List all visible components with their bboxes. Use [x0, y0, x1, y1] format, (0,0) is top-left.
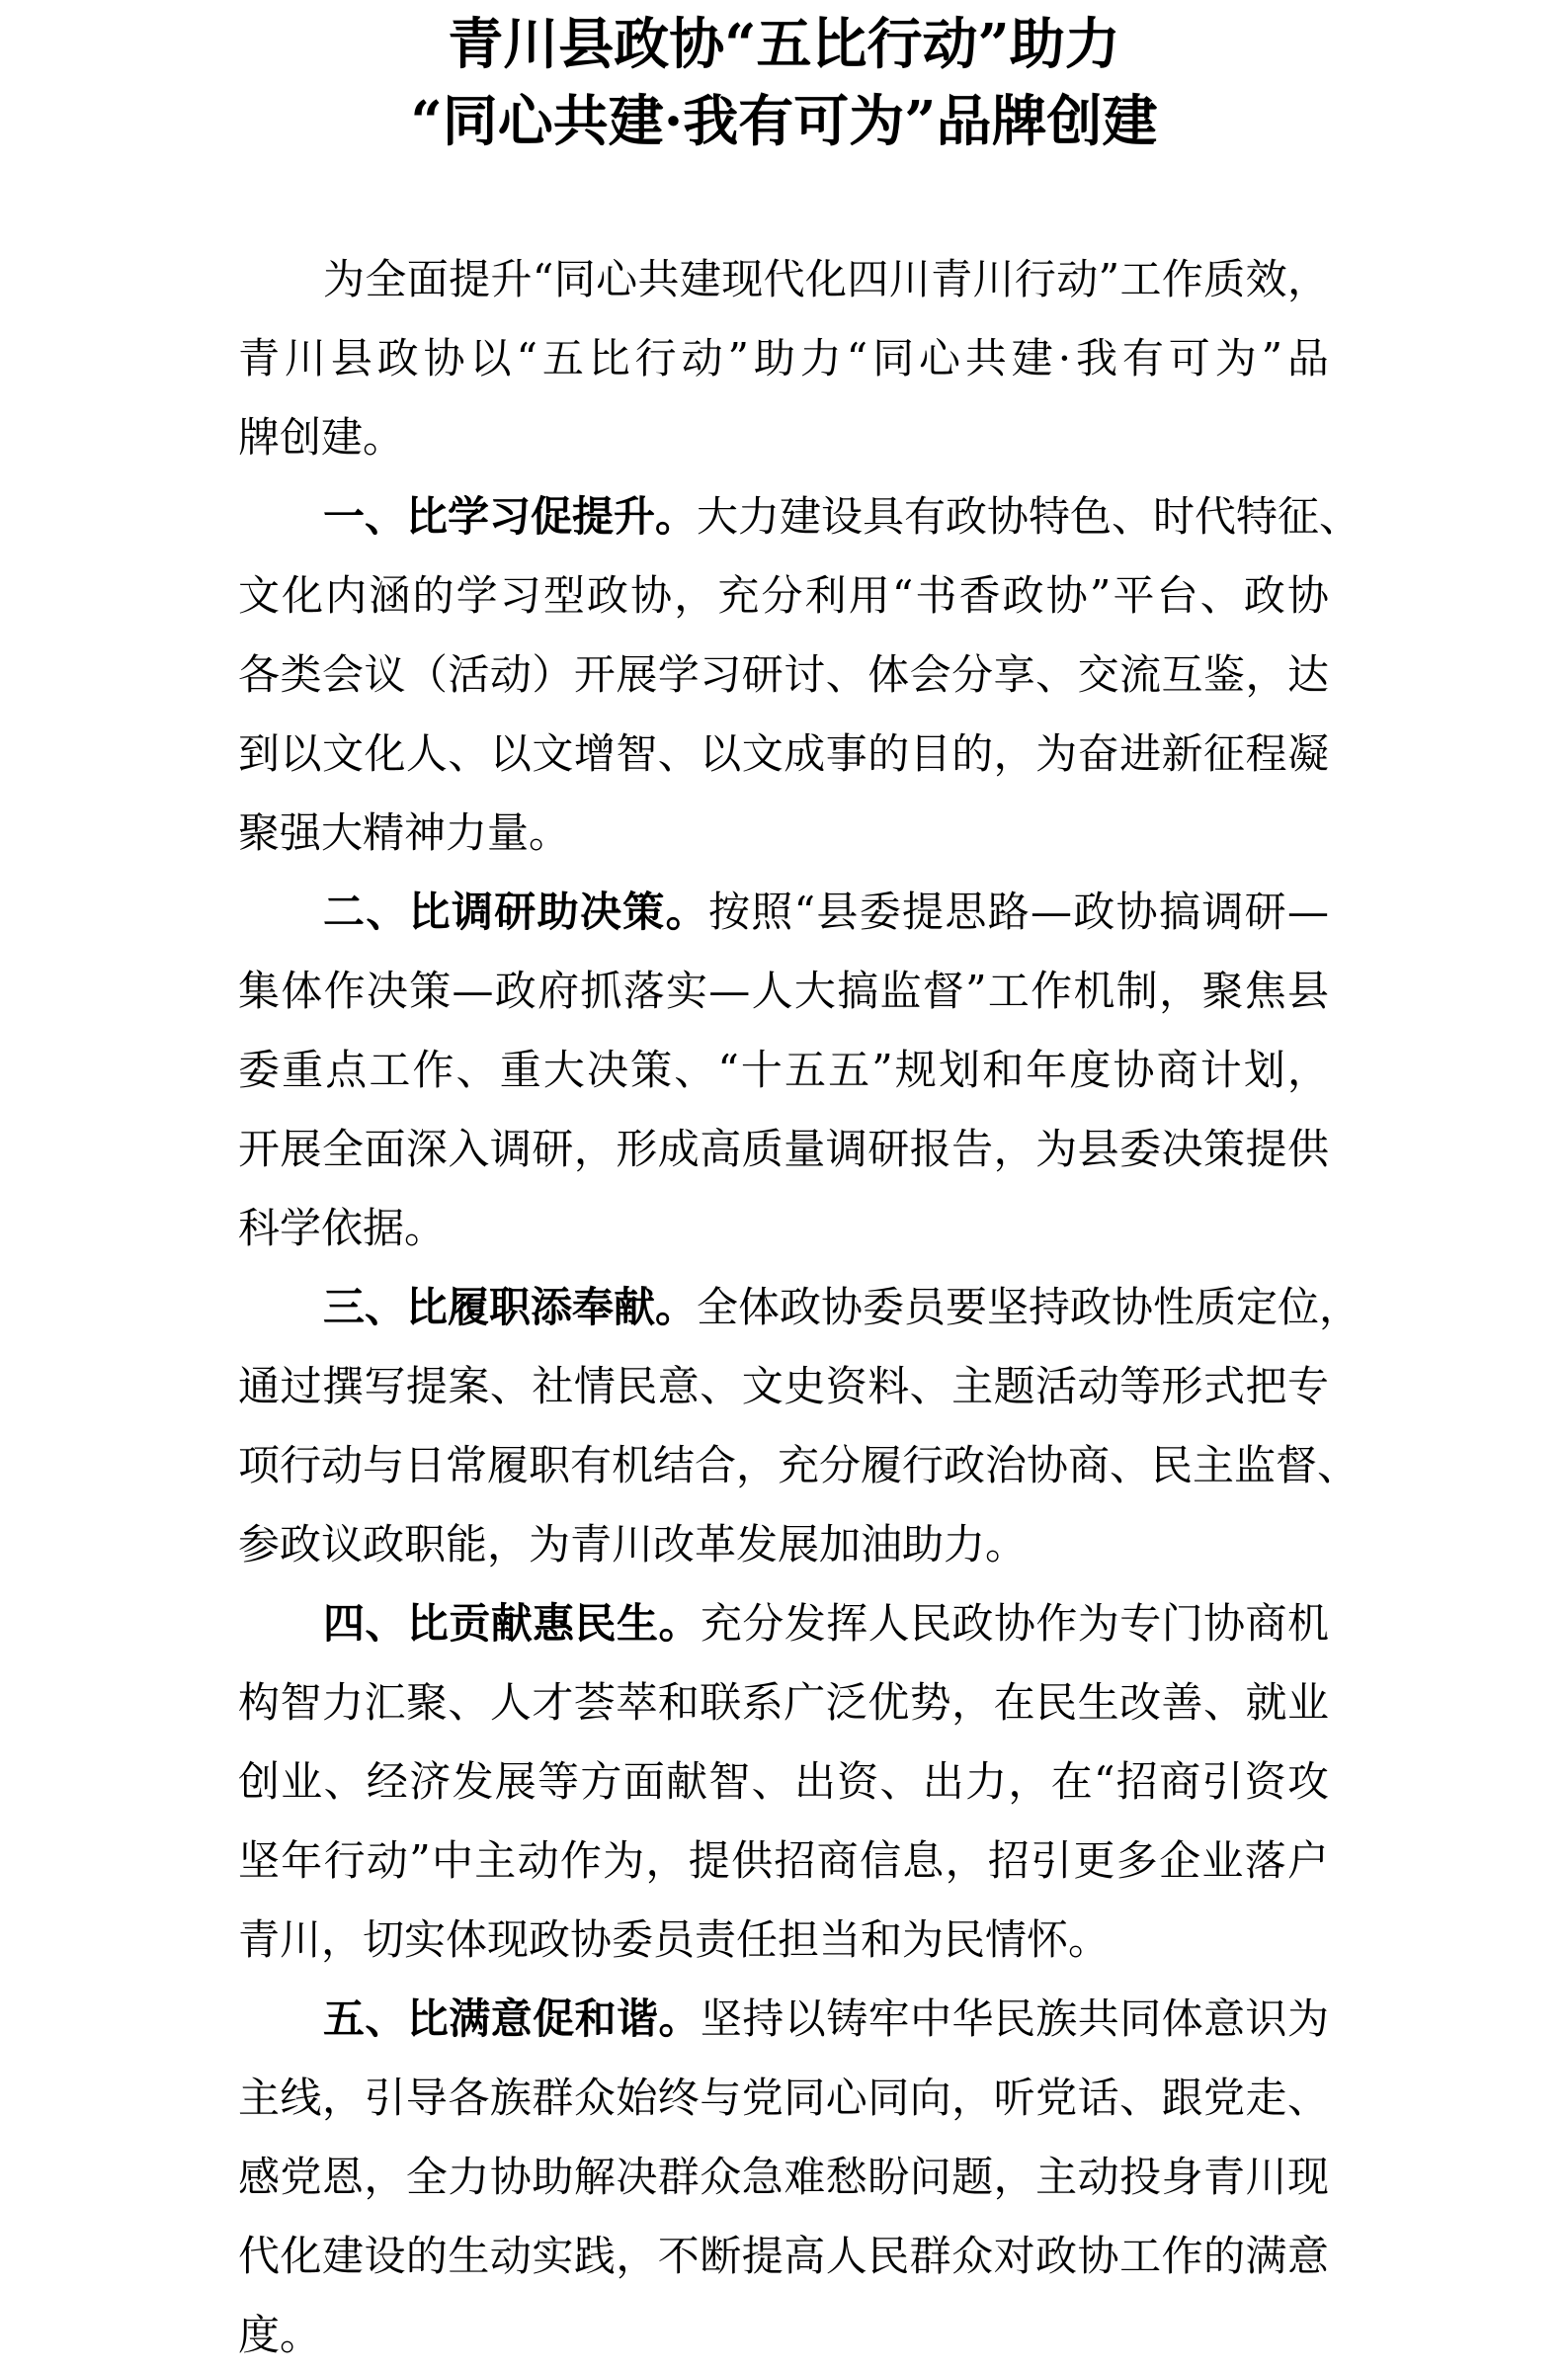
paragraph-line: 参政议政职能，为青川改革发展加油助力。 — [238, 1505, 1329, 1584]
section-5-paragraph: 五、比满意促和谐。坚持以铸牢中华民族共同体意识为 主线，引导各族群众始终与党同心… — [238, 1980, 1329, 2373]
paragraph-line: 创业、经济发展等方面献智、出资、出力，在“招商引资攻 — [238, 1742, 1329, 1822]
paragraph-line: 三、比履职添奉献。全体政协委员要坚持政协性质定位， — [238, 1268, 1329, 1347]
section-heading: 五、比满意促和谐。 — [323, 1994, 701, 2043]
paragraph-line: 开展全面深入调研，形成高质量调研报告，为县委决策提供 — [238, 1110, 1329, 1189]
paragraph-line: 构智力汇聚、人才荟萃和联系广泛优势，在民生改善、就业 — [238, 1663, 1329, 1742]
paragraph-line: 到以文化人、以文增智、以文成事的目的，为奋进新征程凝 — [238, 715, 1329, 794]
title-line-1: 青川县政协“五比行动”助力 — [0, 6, 1568, 83]
paragraph-line: 青川县政协以“五比行动”助力“同心共建·我有可为”品 — [238, 319, 1329, 398]
section-heading: 一、比学习促提升。 — [323, 492, 697, 541]
intro-paragraph: 为全面提升“同心共建现代化四川青川行动”工作质效， 青川县政协以“五比行动”助力… — [238, 240, 1329, 477]
section-text: 大力建设具有政协特色、时代特征、 — [697, 492, 1361, 541]
paragraph-line: 科学依据。 — [238, 1189, 1329, 1268]
paragraph-line: 一、比学习促提升。大力建设具有政协特色、时代特征、 — [238, 477, 1329, 556]
section-heading: 三、比履职添奉献。 — [323, 1283, 697, 1331]
paragraph-line: 通过撰写提案、社情民意、文史资料、主题活动等形式把专 — [238, 1347, 1329, 1426]
paragraph-line: 牌创建。 — [238, 398, 1329, 477]
section-3-paragraph: 三、比履职添奉献。全体政协委员要坚持政协性质定位， 通过撰写提案、社情民意、文史… — [238, 1268, 1329, 1584]
section-2-paragraph: 二、比调研助决策。按照“县委提思路—政协搞调研— 集体作决策—政府抓落实—人大搞… — [238, 873, 1329, 1268]
article-title: 青川县政协“五比行动”助力 “同心共建·我有可为”品牌创建 — [0, 6, 1568, 160]
section-text: 坚持以铸牢中华民族共同体意识为 — [701, 1994, 1329, 2043]
paragraph-line: 坚年行动”中主动作为，提供招商信息，招引更多企业落户 — [238, 1822, 1329, 1901]
paragraph-line: 各类会议（活动）开展学习研讨、体会分享、交流互鉴，达 — [238, 636, 1329, 715]
paragraph-line: 主线，引导各族群众始终与党同心同向，听党话、跟党走、 — [238, 2059, 1329, 2138]
section-4-paragraph: 四、比贡献惠民生。充分发挥人民政协作为专门协商机 构智力汇聚、人才荟萃和联系广泛… — [238, 1584, 1329, 1980]
paragraph-line: 集体作决策—政府抓落实—人大搞监督”工作机制，聚焦县 — [238, 952, 1329, 1031]
section-text: 按照“县委提思路—政协搞调研— — [708, 888, 1329, 936]
paragraph-line: 文化内涵的学习型政协，充分利用“书香政协”平台、政协 — [238, 556, 1329, 636]
section-heading: 四、比贡献惠民生。 — [323, 1599, 701, 1648]
section-1-paragraph: 一、比学习促提升。大力建设具有政协特色、时代特征、 文化内涵的学习型政协，充分利… — [238, 477, 1329, 873]
paragraph-line: 度。 — [238, 2296, 1329, 2373]
section-text: 充分发挥人民政协作为专门协商机 — [701, 1599, 1329, 1648]
paragraph-line: 五、比满意促和谐。坚持以铸牢中华民族共同体意识为 — [238, 1980, 1329, 2059]
paragraph-line: 代化建设的生动实践，不断提高人民群众对政协工作的满意 — [238, 2217, 1329, 2296]
paragraph-line: 四、比贡献惠民生。充分发挥人民政协作为专门协商机 — [238, 1584, 1329, 1663]
paragraph-line: 青川，切实体现政协委员责任担当和为民情怀。 — [238, 1901, 1329, 1980]
paragraph-line: 聚强大精神力量。 — [238, 794, 1329, 873]
paragraph-line: 委重点工作、重大决策、“十五五”规划和年度协商计划， — [238, 1031, 1329, 1110]
paragraph-line: 为全面提升“同心共建现代化四川青川行动”工作质效， — [238, 240, 1329, 319]
paragraph-line: 感党恩，全力协助解决群众急难愁盼问题，主动投身青川现 — [238, 2138, 1329, 2217]
article-body: 为全面提升“同心共建现代化四川青川行动”工作质效， 青川县政协以“五比行动”助力… — [238, 240, 1329, 2373]
section-heading: 二、比调研助决策。 — [323, 888, 708, 936]
paragraph-line: 二、比调研助决策。按照“县委提思路—政协搞调研— — [238, 873, 1329, 952]
paragraph-line: 项行动与日常履职有机结合，充分履行政治协商、民主监督、 — [238, 1426, 1329, 1505]
section-text: 全体政协委员要坚持政协性质定位， — [697, 1283, 1361, 1331]
title-line-2: “同心共建·我有可为”品牌创建 — [0, 83, 1568, 160]
